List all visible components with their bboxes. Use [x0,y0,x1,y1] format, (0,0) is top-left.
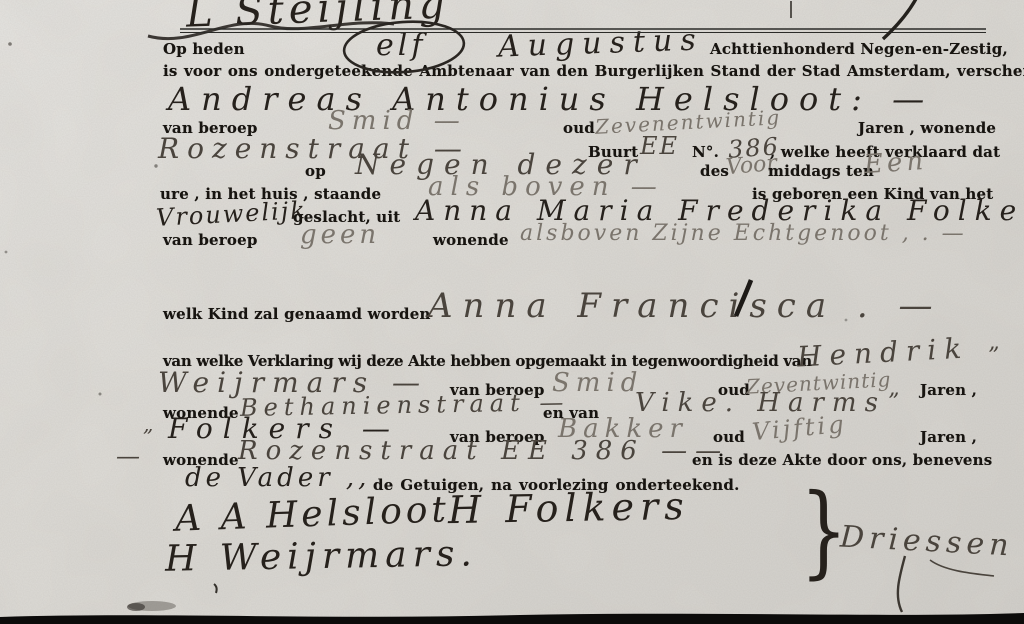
printed-official-line: is voor ons ondergeteekende Ambtenaar va… [163,62,1024,80]
hw-margin-dash: — [116,442,140,470]
printed-van-beroep-moeder: van beroep [163,231,258,249]
hw-getuige2-adres: Rozenstraat EE 386 —— [238,436,729,466]
hw-declarant-name: Andreas Antonius Helsloot: — [168,80,934,118]
hw-de-vader: de Vader ,, [185,463,370,493]
printed-akte-door-ons: en is deze Akte door ons, benevens [692,451,992,469]
printed-year: Achttienhonderd Negen-en-Zestig, [710,40,1008,58]
printed-oud-1: oud [563,119,595,137]
printed-middags-ten: middags ten [768,162,874,180]
hw-act-month: Augustus [497,22,704,64]
printed-op-heden: Op heden [163,40,245,58]
hw-margin-quote: „ [143,412,153,436]
printed-des: des [700,162,729,180]
hw-quote-mark-2: ” [888,390,899,415]
hw-act-day: elf [376,28,426,63]
printed-kind-naam-label: welk Kind zal genaamd worden [163,305,431,323]
printed-jaren-g1: Jaren , [920,381,977,399]
hw-uur: Een [863,146,928,180]
hw-quote-mark-1: ” [988,344,999,369]
printed-wonende-moeder: wonende [433,231,509,249]
printed-no: N°. [692,143,719,161]
printed-op: op [305,162,326,180]
birth-certificate-scan: L Steijling Op heden elf Augustus Achtti… [0,0,1024,624]
signature-registrar-driessen: Driessen [839,519,1014,563]
printed-jaren-wonende: Jaren , wonende [858,119,996,137]
signature-folkers: H Folkers [448,484,690,532]
printed-jaren-g2: Jaren , [920,428,977,446]
hw-moeder-beroep: geen [300,220,380,250]
hw-kind-naam: Anna Francisca . — [428,286,943,326]
hw-moeder-wonende: alsboven Zijne Echtgenoot , . — [520,221,967,246]
signature-helsloot: A A Helsloot [174,489,450,540]
signature-weijrmars: H Weijrmars. [165,533,478,579]
